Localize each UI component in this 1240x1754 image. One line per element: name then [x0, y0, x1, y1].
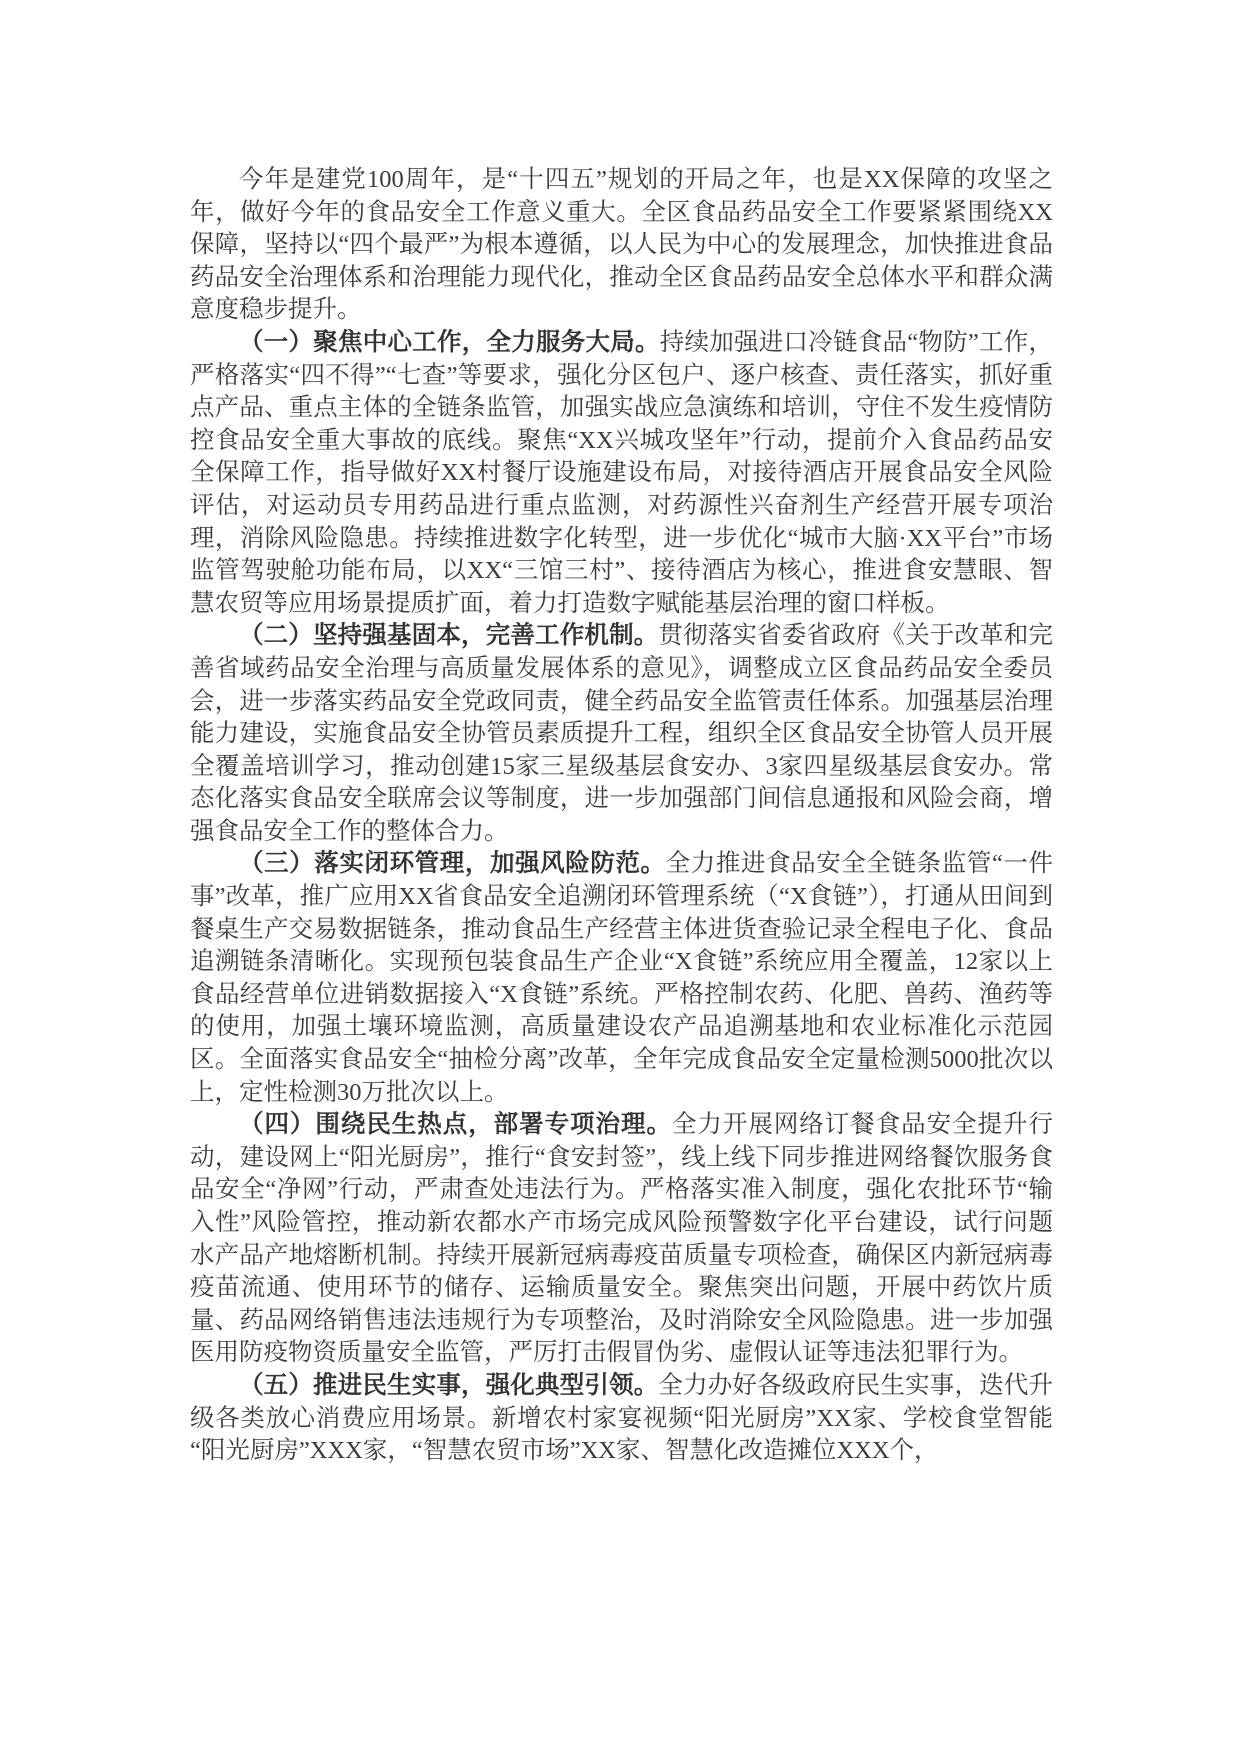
- paragraph: （四）围绕民生热点，部署专项治理。全力开展网络订餐食品安全提升行动，建设网上“阳…: [190, 1109, 1053, 1370]
- paragraph: （一）聚焦中心工作，全力服务大局。持续加强进口冷链食品“物防”工作，严格落实“四…: [190, 327, 1053, 620]
- paragraph: （二）坚持强基固本，完善工作机制。贯彻落实省委省政府《关于改革和完善省域药品安全…: [190, 620, 1053, 848]
- paragraph-text: 全力推进食品安全全链条监管“一件事”改革，推广应用XX省食品安全追溯闭环管理系统…: [190, 850, 1053, 1105]
- paragraph: 今年是建党100周年，是“十四五”规划的开局之年，也是XX保障的攻坚之年，做好今…: [190, 164, 1053, 327]
- paragraph-heading: （一）聚焦中心工作，全力服务大局。: [239, 329, 660, 356]
- document-body: 今年是建党100周年，是“十四五”规划的开局之年，也是XX保障的攻坚之年，做好今…: [190, 164, 1053, 1468]
- paragraph-text: 贯彻落实省委省政府《关于改革和完善省域药品安全治理与高质量发展体系的意见》，调整…: [190, 622, 1053, 845]
- paragraph-heading: （四）围绕民生热点，部署专项治理。: [239, 1111, 672, 1138]
- paragraph-text: 全力开展网络订餐食品安全提升行动，建设网上“阳光厨房”，推行“食安封签”，线上线…: [190, 1111, 1053, 1366]
- paragraph-heading: （三）落实闭环管理，加强风险防范。: [239, 850, 666, 877]
- paragraph-heading: （二）坚持强基固本，完善工作机制。: [239, 622, 658, 649]
- paragraph: （五）推进民生实事，强化典型引领。全力办好各级政府民生实事，迭代升级各类放心消费…: [190, 1370, 1053, 1468]
- paragraph-text: 持续加强进口冷链食品“物防”工作，严格落实“四不得”“七查”等要求，强化分区包户…: [190, 329, 1053, 617]
- paragraph-text: 今年是建党100周年，是“十四五”规划的开局之年，也是XX保障的攻坚之年，做好今…: [190, 166, 1053, 323]
- paragraph-heading: （五）推进民生实事，强化典型引领。: [239, 1372, 658, 1399]
- document-page: 今年是建党100周年，是“十四五”规划的开局之年，也是XX保障的攻坚之年，做好今…: [0, 0, 1240, 1754]
- paragraph: （三）落实闭环管理，加强风险防范。全力推进食品安全全链条监管“一件事”改革，推广…: [190, 848, 1053, 1109]
